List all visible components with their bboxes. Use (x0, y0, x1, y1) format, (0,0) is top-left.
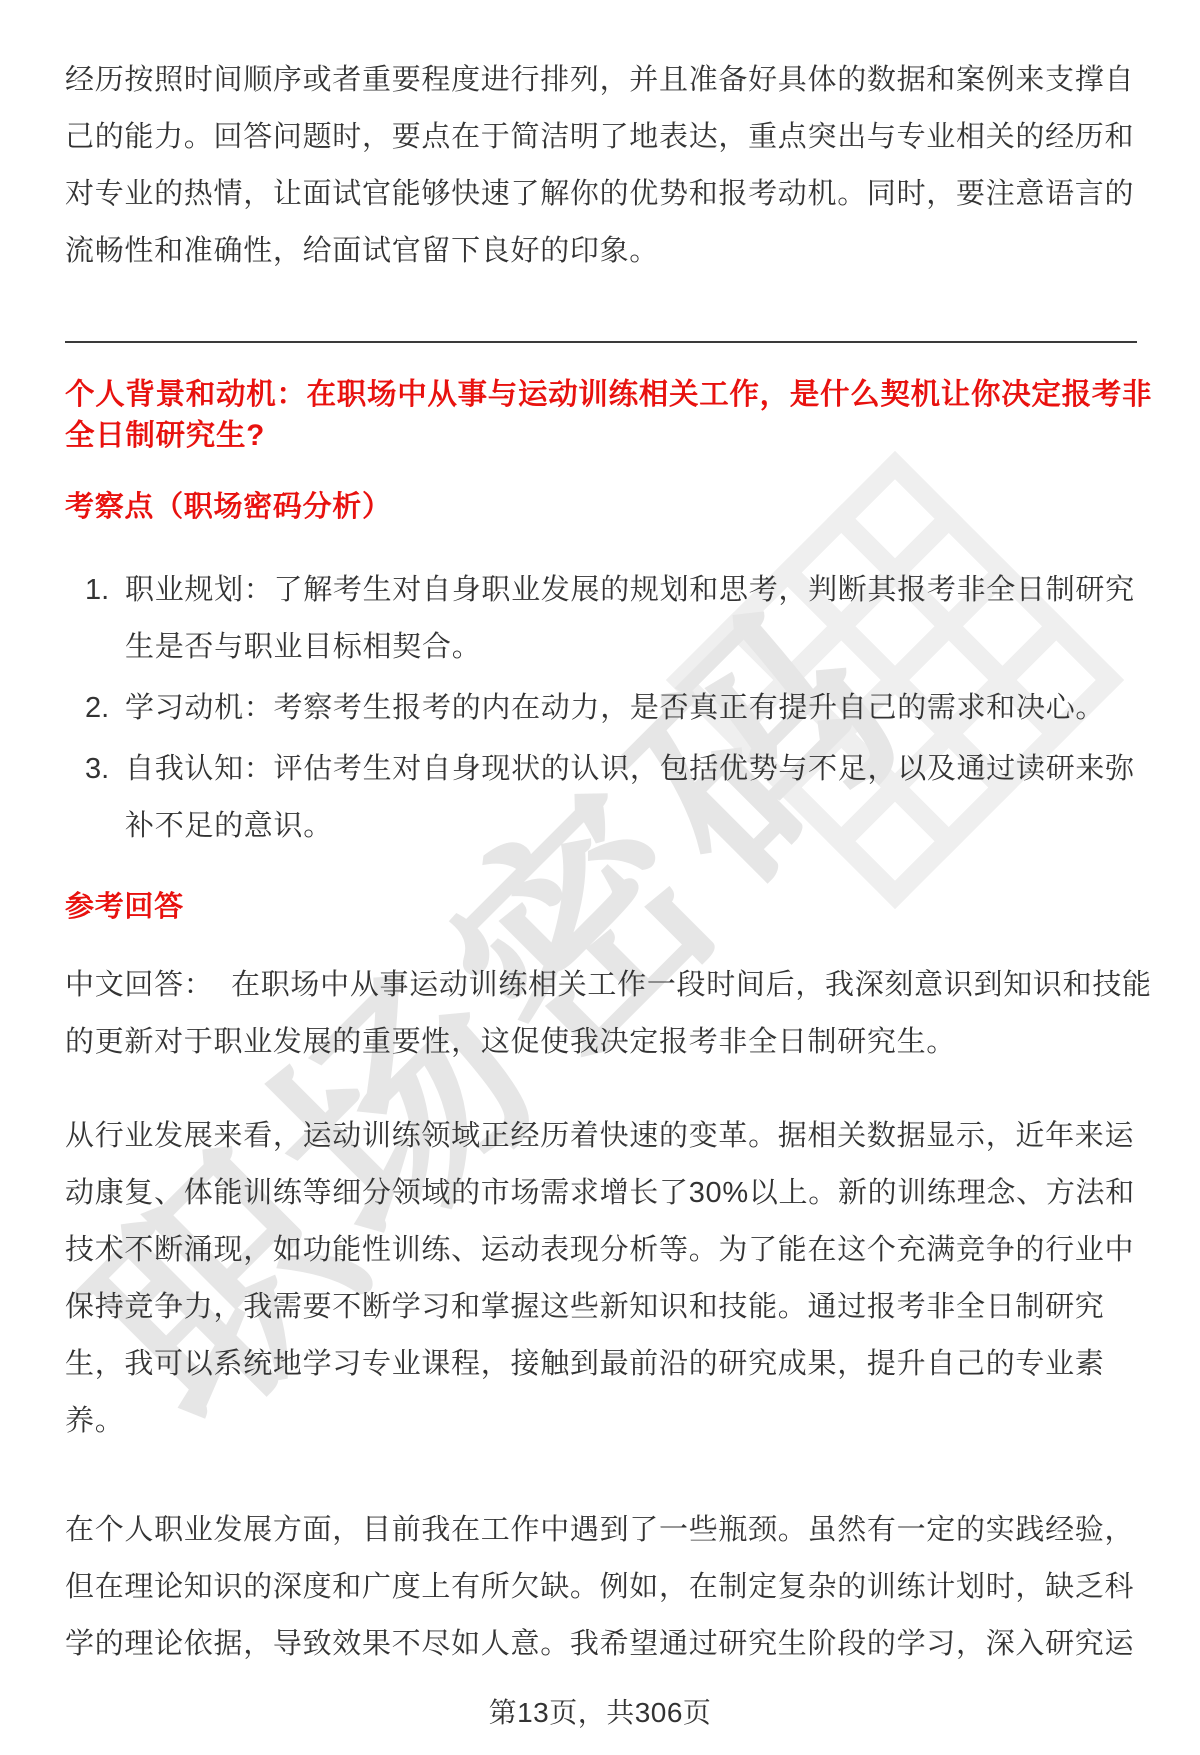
page-content: 经历按照时间顺序或者重要程度进行排列，并且准备好具体的数据和案例来支撑自己的能力… (65, 52, 1137, 1673)
text-line: 的更新对于职业发展的重要性，这促使我决定报考非全日制研究生。 (65, 1014, 1137, 1071)
list-item-number: 3. (85, 741, 109, 798)
analysis-point-line: 生是否与职业目标相契合。 (125, 619, 1137, 676)
document-page: 职场密码 经历按照时间顺序或者重要程度进行排列，并且准备好具体的数据和案例来支撑… (0, 0, 1200, 1755)
text-line: 经历按照时间顺序或者重要程度进行排列，并且准备好具体的数据和案例来支撑自 (65, 52, 1137, 109)
text-line: 生，我可以系统地学习专业课程，接触到最前沿的研究成果，提升自己的专业素 (65, 1336, 1137, 1393)
answer-paragraph-career: 在个人职业发展方面，目前我在工作中遇到了一些瓶颈。虽然有一定的实践经验，但在理论… (65, 1502, 1137, 1673)
text-line: 动康复、体能训练等细分领域的市场需求增长了30%以上。新的训练理念、方法和 (65, 1165, 1137, 1222)
answer-paragraph-chinese-intro: 中文回答： 在职场中从事运动训练相关工作一段时间后，我深刻意识到知识和技能的更新… (65, 957, 1137, 1071)
analysis-point-line: 职业规划：了解考生对自身职业发展的规划和思考，判断其报考非全日制研究 (125, 562, 1137, 619)
analysis-point-item: 1.职业规划：了解考生对自身职业发展的规划和思考，判断其报考非全日制研究生是否与… (125, 562, 1137, 676)
text-line: 保持竞争力，我需要不断学习和掌握这些新知识和技能。通过报考非全日制研究 (65, 1279, 1137, 1336)
answer-section-heading: 参考回答 (65, 887, 1137, 927)
text-line: 全日制研究生? (65, 415, 1137, 456)
analysis-point-line: 自我认知：评估考生对自身现状的认识，包括优势与不足，以及通过读研来弥 (125, 741, 1137, 798)
list-item-number: 2. (85, 680, 109, 737)
text-line: 技术不断涌现，如功能性训练、运动表现分析等。为了能在这个充满竞争的行业中 (65, 1222, 1137, 1279)
text-line: 养。 (65, 1393, 1137, 1450)
analysis-points-list: 1.职业规划：了解考生对自身职业发展的规划和思考，判断其报考非全日制研究生是否与… (65, 562, 1137, 855)
section-divider (65, 341, 1137, 343)
page-number-footer: 第13页，共306页 (0, 1691, 1200, 1731)
text-line: 己的能力。回答问题时，要点在于简洁明了地表达，重点突出与专业相关的经历和 (65, 109, 1137, 166)
text-line: 学的理论依据，导致效果不尽如人意。我希望通过研究生阶段的学习，深入研究运 (65, 1616, 1137, 1673)
text-line: 中文回答： 在职场中从事运动训练相关工作一段时间后，我深刻意识到知识和技能 (65, 957, 1137, 1014)
analysis-section-heading: 考察点（职场密码分析） (65, 487, 1137, 527)
text-line: 从行业发展来看，运动训练领域正经历着快速的变革。据相关数据显示，近年来运 (65, 1108, 1137, 1165)
analysis-point-line: 学习动机：考察考生报考的内在动力，是否真正有提升自己的需求和决心。 (125, 680, 1137, 737)
text-line: 对专业的热情，让面试官能够快速了解你的优势和报考动机。同时，要注意语言的 (65, 166, 1137, 223)
question-heading: 个人背景和动机：在职场中从事与运动训练相关工作，是什么契机让你决定报考非全日制研… (65, 374, 1137, 456)
intro-paragraph: 经历按照时间顺序或者重要程度进行排列，并且准备好具体的数据和案例来支撑自己的能力… (65, 52, 1137, 280)
answer-paragraph-industry: 从行业发展来看，运动训练领域正经历着快速的变革。据相关数据显示，近年来运动康复、… (65, 1108, 1137, 1450)
analysis-point-item: 3.自我认知：评估考生对自身现状的认识，包括优势与不足，以及通过读研来弥补不足的… (125, 741, 1137, 855)
text-line: 在个人职业发展方面，目前我在工作中遇到了一些瓶颈。虽然有一定的实践经验， (65, 1502, 1137, 1559)
analysis-point-item: 2.学习动机：考察考生报考的内在动力，是否真正有提升自己的需求和决心。 (125, 680, 1137, 737)
text-line: 个人背景和动机：在职场中从事与运动训练相关工作，是什么契机让你决定报考非 (65, 374, 1137, 415)
list-item-number: 1. (85, 562, 109, 619)
text-line: 流畅性和准确性，给面试官留下良好的印象。 (65, 223, 1137, 280)
analysis-point-line: 补不足的意识。 (125, 798, 1137, 855)
text-line: 但在理论知识的深度和广度上有所欠缺。例如，在制定复杂的训练计划时，缺乏科 (65, 1559, 1137, 1616)
